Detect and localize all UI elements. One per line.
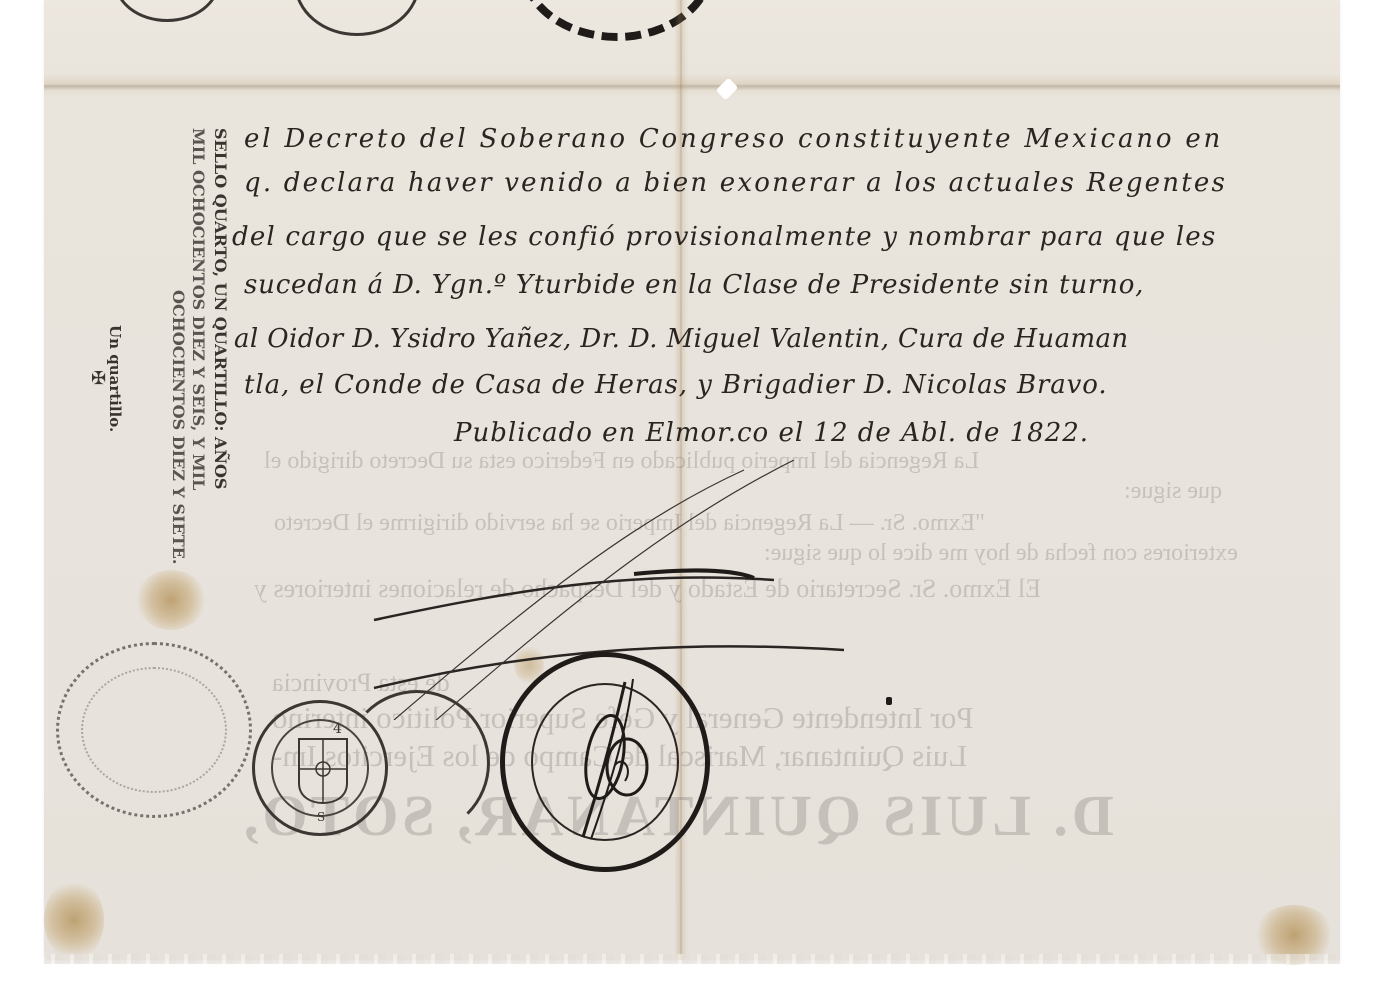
stamp-line-2: MIL OCHOCIENTOS DIEZ Y SEIS, Y MIL: [189, 128, 208, 490]
publication-note: Publicado en Elmor.co el 12 de Abl. de 1…: [454, 418, 1089, 448]
handwritten-line-4: sucedan á D. Ygn.º Yturbide en la Clase …: [244, 270, 1144, 300]
top-seal-left: [114, 0, 220, 22]
stain: [1254, 905, 1334, 965]
stain: [136, 570, 206, 630]
document-page: La Regencia del Imperio publicado en Fed…: [44, 0, 1340, 960]
royal-seal-outer-arc: [344, 690, 490, 836]
svg-text:4: 4: [333, 721, 342, 737]
svg-text:S: S: [317, 810, 325, 824]
imperial-seal-habilitado: [500, 652, 710, 872]
stamp-line-1: SELLO QUARTO, UN QUARTILLO: AÑOS: [211, 128, 230, 489]
faint-seal: [56, 642, 252, 818]
showthrough-line: que sigue:: [1124, 478, 1222, 505]
stain: [44, 880, 104, 960]
handwritten-line-5: al Oidor D. Ysidro Yañez, Dr. D. Miguel …: [234, 324, 1129, 354]
stamp-value-label: Un quartillo.: [106, 325, 124, 432]
signature-rubric-icon: [505, 657, 705, 867]
stamp-cross-icon: ✠: [87, 370, 108, 385]
ink-dot: [886, 697, 892, 705]
handwritten-line-3: del cargo que se les confió provisionalm…: [232, 222, 1216, 252]
handwritten-line-2: q. declara haver venido a bien exonerar …: [244, 168, 1227, 198]
handwritten-line-6: tla, el Conde de Casa de Heras, y Brigad…: [244, 370, 1108, 400]
stamp-line-3: OCHOCIENTOS DIEZ Y SIETE.: [169, 290, 188, 564]
top-seal-middle: [294, 0, 420, 36]
horizontal-fold-crease: [44, 74, 1340, 96]
handwritten-line-1: el Decreto del Soberano Congreso constit…: [244, 124, 1223, 154]
